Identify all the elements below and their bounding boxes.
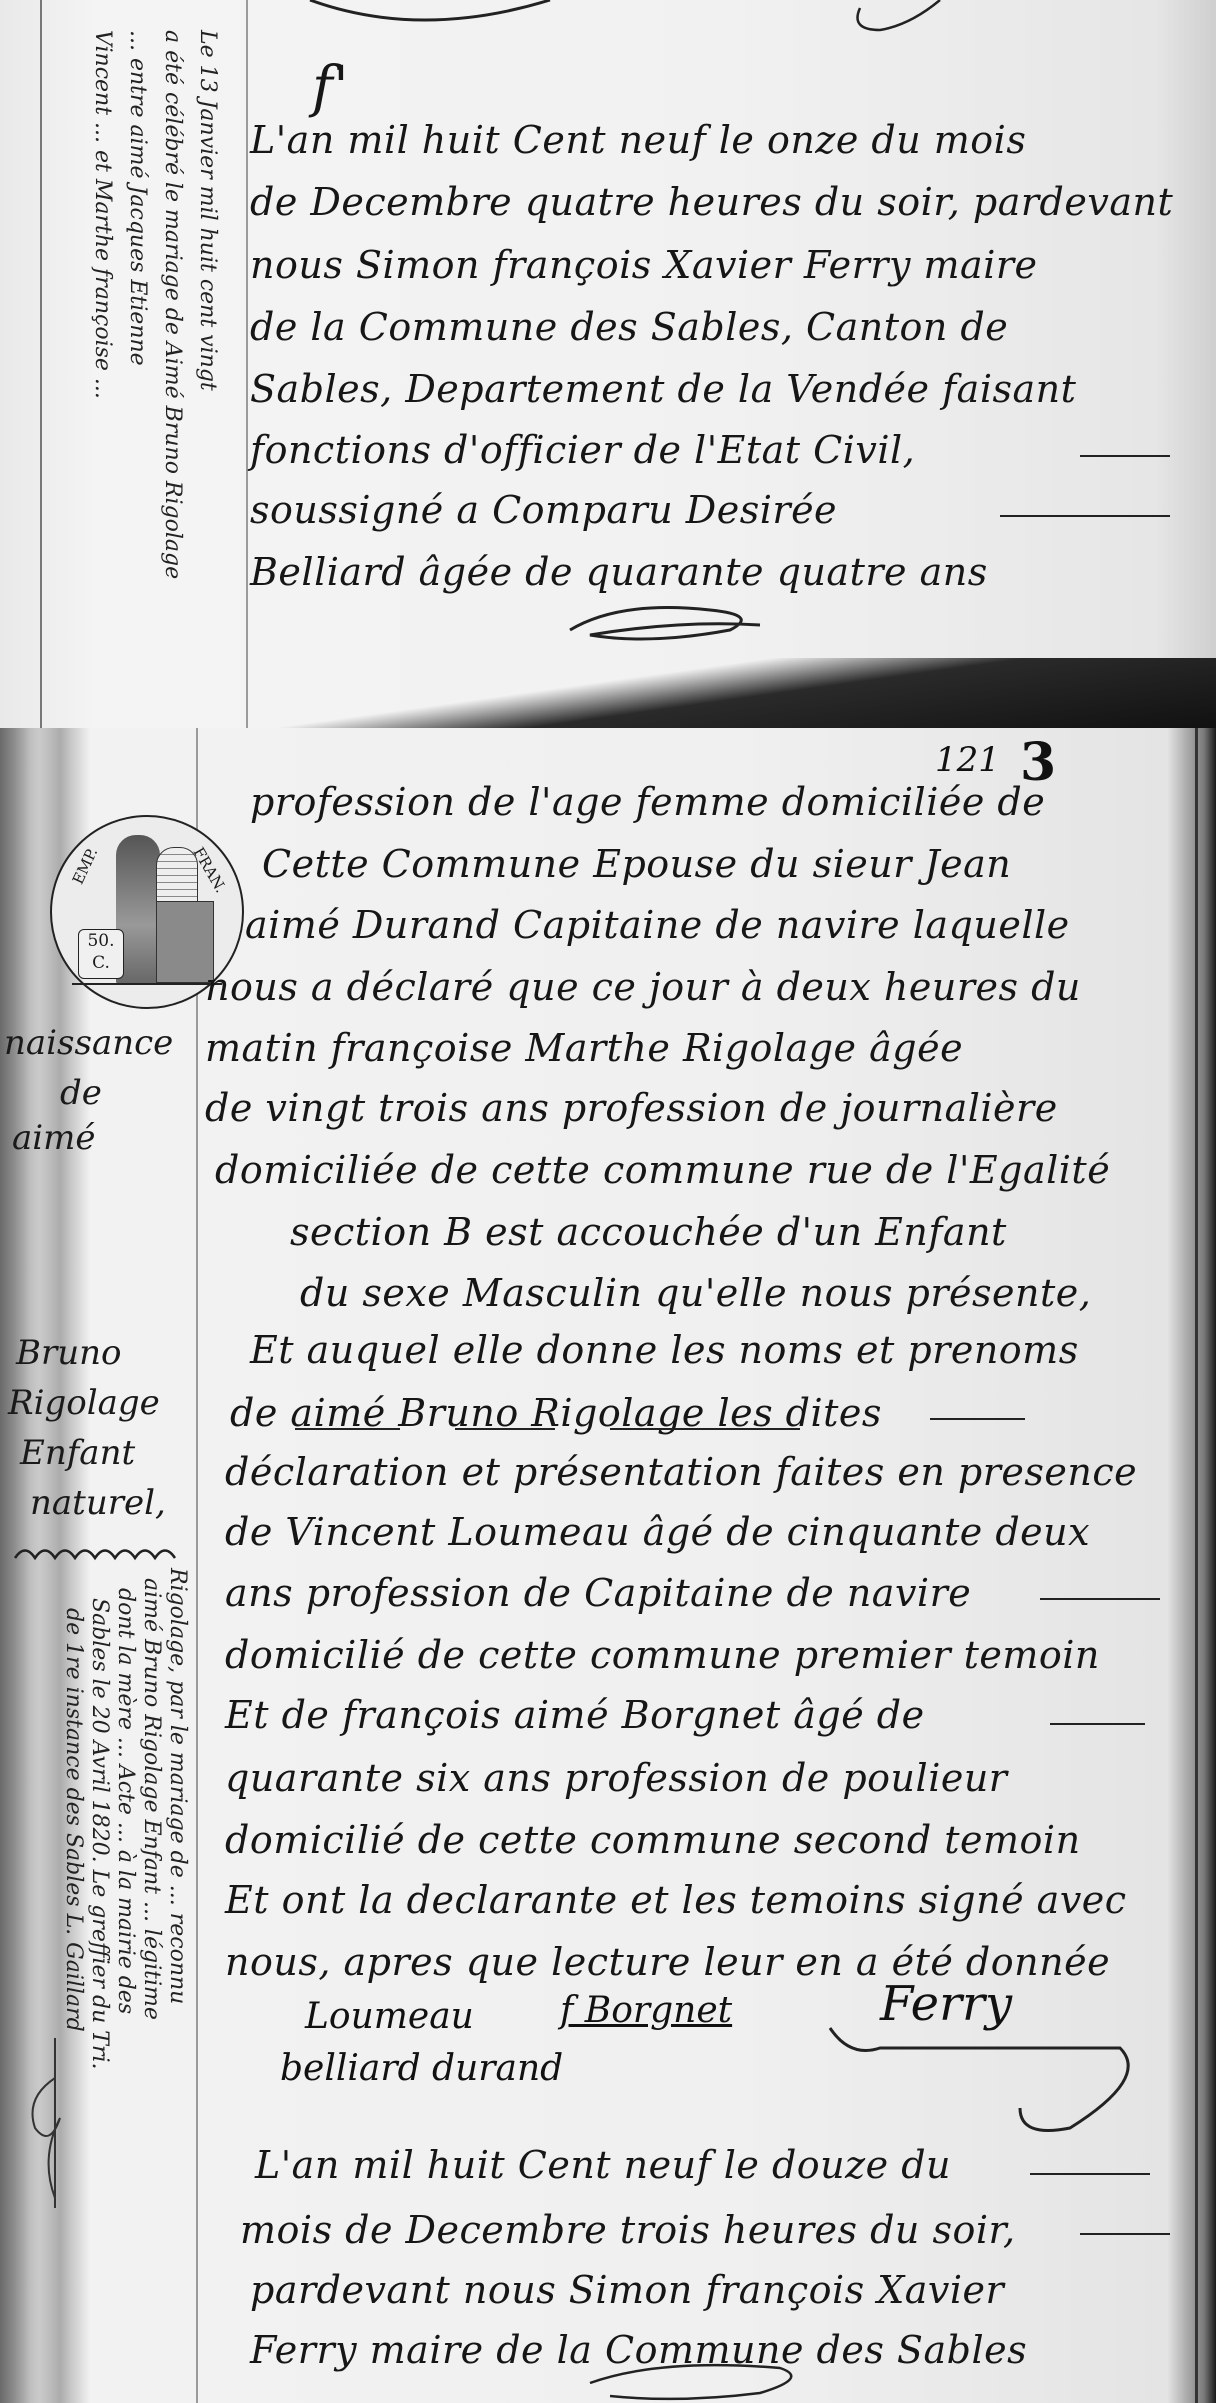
text-line: profession de l'age femme domiciliée de [250, 780, 1045, 824]
text-line: de vingt trois ans profession de journal… [205, 1086, 1058, 1130]
text-line: soussigné a Comparu Desirée [250, 488, 837, 532]
text-line: Et auquel elle donne les noms et prenoms [250, 1328, 1079, 1372]
name-underline [455, 1428, 555, 1430]
page-edge [1195, 728, 1198, 2403]
marginal-mention-line: Le 13 Janvier mil huit cent vingt [195, 30, 220, 391]
stamp-value-number: 50. [79, 930, 123, 952]
text-line: de Vincent Loumeau âgé de cinquante deux [225, 1510, 1090, 1554]
signature-belliard-durand: belliard durand [280, 2048, 563, 2089]
mayor-paraph-icon [820, 2018, 1160, 2138]
name-underline [610, 1428, 800, 1430]
paraph-flourish-icon [580, 2358, 820, 2403]
marginal-mention-line: dont la mère ... Acte ... à la mairie de… [113, 1588, 138, 2014]
text-line: L'an mil huit Cent neuf le onze du mois [250, 118, 1026, 162]
name-underline [295, 1428, 400, 1430]
flourish-icon [840, 0, 960, 40]
text-line: nous a déclaré que ce jour à deux heures… [205, 965, 1081, 1009]
text-line: domicilié de cette commune second temoin [225, 1818, 1081, 1862]
page-edge-rule [40, 0, 42, 728]
marginal-mention-line: aimé Bruno Rigolage Enfant ... légitime [139, 1578, 164, 2020]
margin-rule [246, 0, 248, 728]
margin-child-status: Enfant [20, 1433, 135, 1473]
marginal-mention-line: Vincent ... et Marthe françoise ... [90, 30, 115, 399]
text-line: déclaration et présentation faites en pr… [225, 1450, 1137, 1494]
signature-borgnet: f Borgnet [560, 1990, 732, 2031]
margin-act-title: aimé [12, 1118, 96, 1158]
text-line: nous Simon françois Xavier Ferry maire [250, 243, 1038, 287]
text-line: aimé Durand Capitaine de navire laquelle [245, 903, 1070, 947]
text-line: domicilié de cette commune premier temoi… [225, 1633, 1100, 1677]
marginal-mention-line: ... entre aimé Jacques Etienne [125, 30, 150, 366]
text-line: Et ont la declarante et les temoins sign… [225, 1878, 1127, 1922]
stamp-value: 50. C. [78, 929, 124, 979]
line-filler-dash [1030, 2173, 1150, 2175]
text-line: Cette Commune Epouse du sieur Jean [262, 842, 1011, 886]
marginal-mention-line: Sables le 20 Avril 1820. Le greffier du … [87, 1598, 112, 2070]
next-act-line: mois de Decembre trois heures du soir, [240, 2208, 1016, 2252]
line-filler-dash [1080, 2233, 1170, 2235]
text-line: ans profession de Capitaine de navire [225, 1571, 971, 1615]
line-filler-dash [1080, 455, 1170, 457]
line-filler-dash [1040, 1598, 1160, 1600]
next-act-line: pardevant nous Simon françois Xavier [250, 2268, 1004, 2312]
text-line: de la Commune des Sables, Canton de [250, 305, 1008, 349]
register-page-top: Le 13 Janvier mil huit cent vingt a été … [0, 0, 1216, 728]
margin-child-name: Rigolage [8, 1383, 160, 1423]
marginal-mention-line: a été célébré le mariage de Aimé Bruno R… [160, 30, 185, 579]
greffier-paraph-icon [20, 2038, 70, 2218]
marginal-mention-line: Rigolage, par le mariage de ... reconnu [165, 1568, 190, 2004]
text-line: domiciliée de cette commune rue de l'Ega… [215, 1148, 1110, 1192]
marginal-mention-line: de 1re instance des Sables L. Gaillard [61, 1608, 86, 2032]
text-line: section B est accouchée d'un Enfant [290, 1210, 1007, 1254]
text-line: Sables, Departement de la Vendée faisant [250, 367, 1076, 411]
text-line: de Decembre quatre heures du soir, parde… [250, 180, 1173, 224]
margin-act-title: de [60, 1073, 102, 1113]
text-line: matin françoise Marthe Rigolage âgée [205, 1026, 963, 1070]
flourish-icon [300, 0, 620, 40]
margin-child-status: naturel, [30, 1483, 166, 1523]
line-filler-dash [1050, 1723, 1145, 1725]
paraph-flourish-icon [560, 590, 780, 650]
next-act-line: L'an mil huit Cent neuf le douze du [255, 2143, 951, 2187]
folio-number: 121 [935, 740, 1000, 780]
text-line: Belliard âgée de quarante quatre ans [250, 550, 988, 594]
heading-mark: f' [312, 55, 349, 120]
stamp-text-left: EMP. [69, 845, 101, 887]
signature-loumeau: Loumeau [305, 1996, 474, 2037]
stamp-tablets-icon [156, 847, 198, 903]
text-line: du sexe Masculin qu'elle nous présente, [300, 1271, 1091, 1315]
text-line: Et de françois aimé Borgnet âgé de [225, 1693, 925, 1737]
stamp-base [72, 983, 222, 985]
line-filler-dash [1000, 515, 1170, 517]
margin-flourish-icon [10, 1538, 200, 1568]
text-line: fonctions d'officier de l'Etat Civil, [250, 428, 915, 472]
line-filler-dash [930, 1418, 1025, 1420]
register-page-bottom: 121 3 EMP. FRAN. 50. C. naissance de aim… [0, 728, 1216, 2403]
margin-child-name: Bruno [16, 1333, 122, 1373]
margin-act-title: naissance [4, 1023, 173, 1063]
text-line: quarante six ans profession de poulieur [225, 1756, 1007, 1800]
stamp-value-unit: C. [79, 952, 123, 974]
